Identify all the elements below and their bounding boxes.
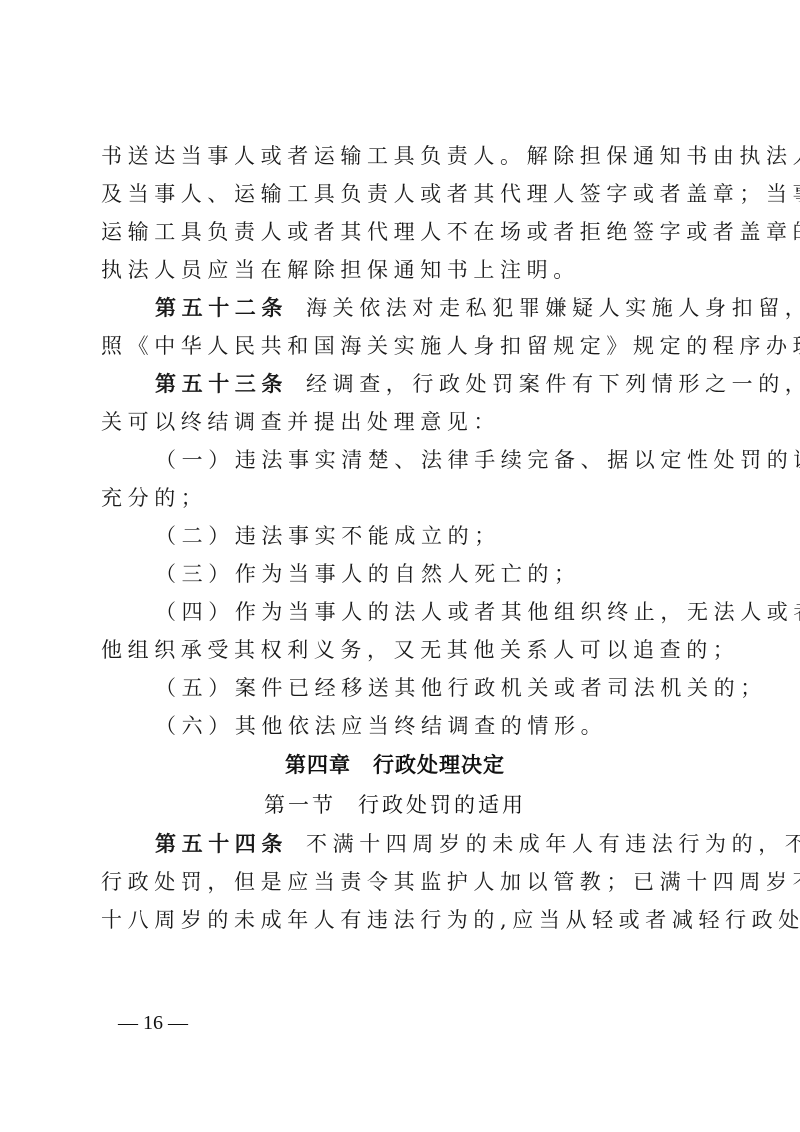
article-number: 第五十四条: [155, 831, 288, 856]
list-item-label: （二）: [155, 524, 235, 548]
article-52: 第五十二条海关依法对走私犯罪嫌疑人实施人身扣留，依: [101, 289, 695, 327]
list-item: （五）案件已经移送其他行政机关或者司法机关的；: [101, 669, 695, 707]
list-item-label: （四）: [155, 600, 235, 624]
list-item-label: （一）: [155, 448, 235, 472]
text-line: 运输工具负责人或者其代理人不在场或者拒绝签字或者盖章的，: [101, 213, 695, 251]
text-line: 执法人员应当在解除担保通知书上注明。: [101, 251, 695, 289]
list-item-text: 案件已经移送其他行政机关或者司法机关的；: [235, 676, 767, 700]
article-text: 海关依法对走私犯罪嫌疑人实施人身扣留，依: [306, 296, 800, 320]
list-item: （六）其他依法应当终结调查的情形。: [101, 707, 695, 745]
list-item-text: 违法事实清楚、法律手续完备、据以定性处罚的证据: [235, 448, 800, 472]
document-page: 书送达当事人或者运输工具负责人。解除担保通知书由执法人员 及当事人、运输工具负责…: [0, 0, 800, 1132]
text-line: 行政处罚，但是应当责令其监护人加以管教；已满十四周岁不满: [101, 863, 695, 901]
list-item-label: （三）: [155, 562, 235, 586]
text-line: 书送达当事人或者运输工具负责人。解除担保通知书由执法人员: [101, 137, 695, 175]
article-number: 第五十二条: [155, 295, 288, 320]
list-item: （四）作为当事人的法人或者其他组织终止，无法人或者其: [101, 593, 695, 631]
section-title: 行政处罚的适用: [358, 793, 526, 817]
text-line: 十八周岁的未成年人有违法行为的,应当从轻或者减轻行政处罚。: [101, 901, 695, 939]
list-item-text: 其他依法应当终结调查的情形。: [235, 714, 607, 738]
page-number: — 16 —: [118, 1012, 188, 1035]
list-item: （一）违法事实清楚、法律手续完备、据以定性处罚的证据: [101, 441, 695, 479]
list-item-label: （六）: [155, 714, 235, 738]
article-54: 第五十四条不满十四周岁的未成年人有违法行为的，不予: [101, 825, 695, 863]
chapter-title: 行政处理决定: [373, 753, 505, 777]
article-text: 经调查，行政处罚案件有下列情形之一的，海: [306, 372, 800, 396]
list-item-text: 作为当事人的法人或者其他组织终止，无法人或者其: [235, 600, 800, 624]
text-line: 充分的；: [101, 479, 695, 517]
text-line: 关可以终结调查并提出处理意见：: [101, 403, 695, 441]
list-item: （三）作为当事人的自然人死亡的；: [101, 555, 695, 593]
chapter-number: 第四章: [285, 753, 351, 777]
list-item-label: （五）: [155, 676, 235, 700]
chapter-heading: 第四章行政处理决定: [95, 745, 695, 785]
text-line: 他组织承受其权利义务，又无其他关系人可以追查的；: [101, 631, 695, 669]
list-item-text: 作为当事人的自然人死亡的；: [235, 562, 581, 586]
article-text: 不满十四周岁的未成年人有违法行为的，不予: [306, 832, 800, 856]
article-number: 第五十三条: [155, 371, 288, 396]
text-line: 照《中华人民共和国海关实施人身扣留规定》规定的程序办理。: [101, 327, 695, 365]
article-53: 第五十三条经调查，行政处罚案件有下列情形之一的，海: [101, 365, 695, 403]
list-item: （二）违法事实不能成立的；: [101, 517, 695, 555]
section-heading: 第一节行政处罚的适用: [95, 785, 695, 825]
section-number: 第一节: [264, 793, 336, 817]
body-text: 书送达当事人或者运输工具负责人。解除担保通知书由执法人员 及当事人、运输工具负责…: [101, 137, 695, 939]
text-line: 及当事人、运输工具负责人或者其代理人签字或者盖章；当事人、: [101, 175, 695, 213]
list-item-text: 违法事实不能成立的；: [235, 524, 501, 548]
